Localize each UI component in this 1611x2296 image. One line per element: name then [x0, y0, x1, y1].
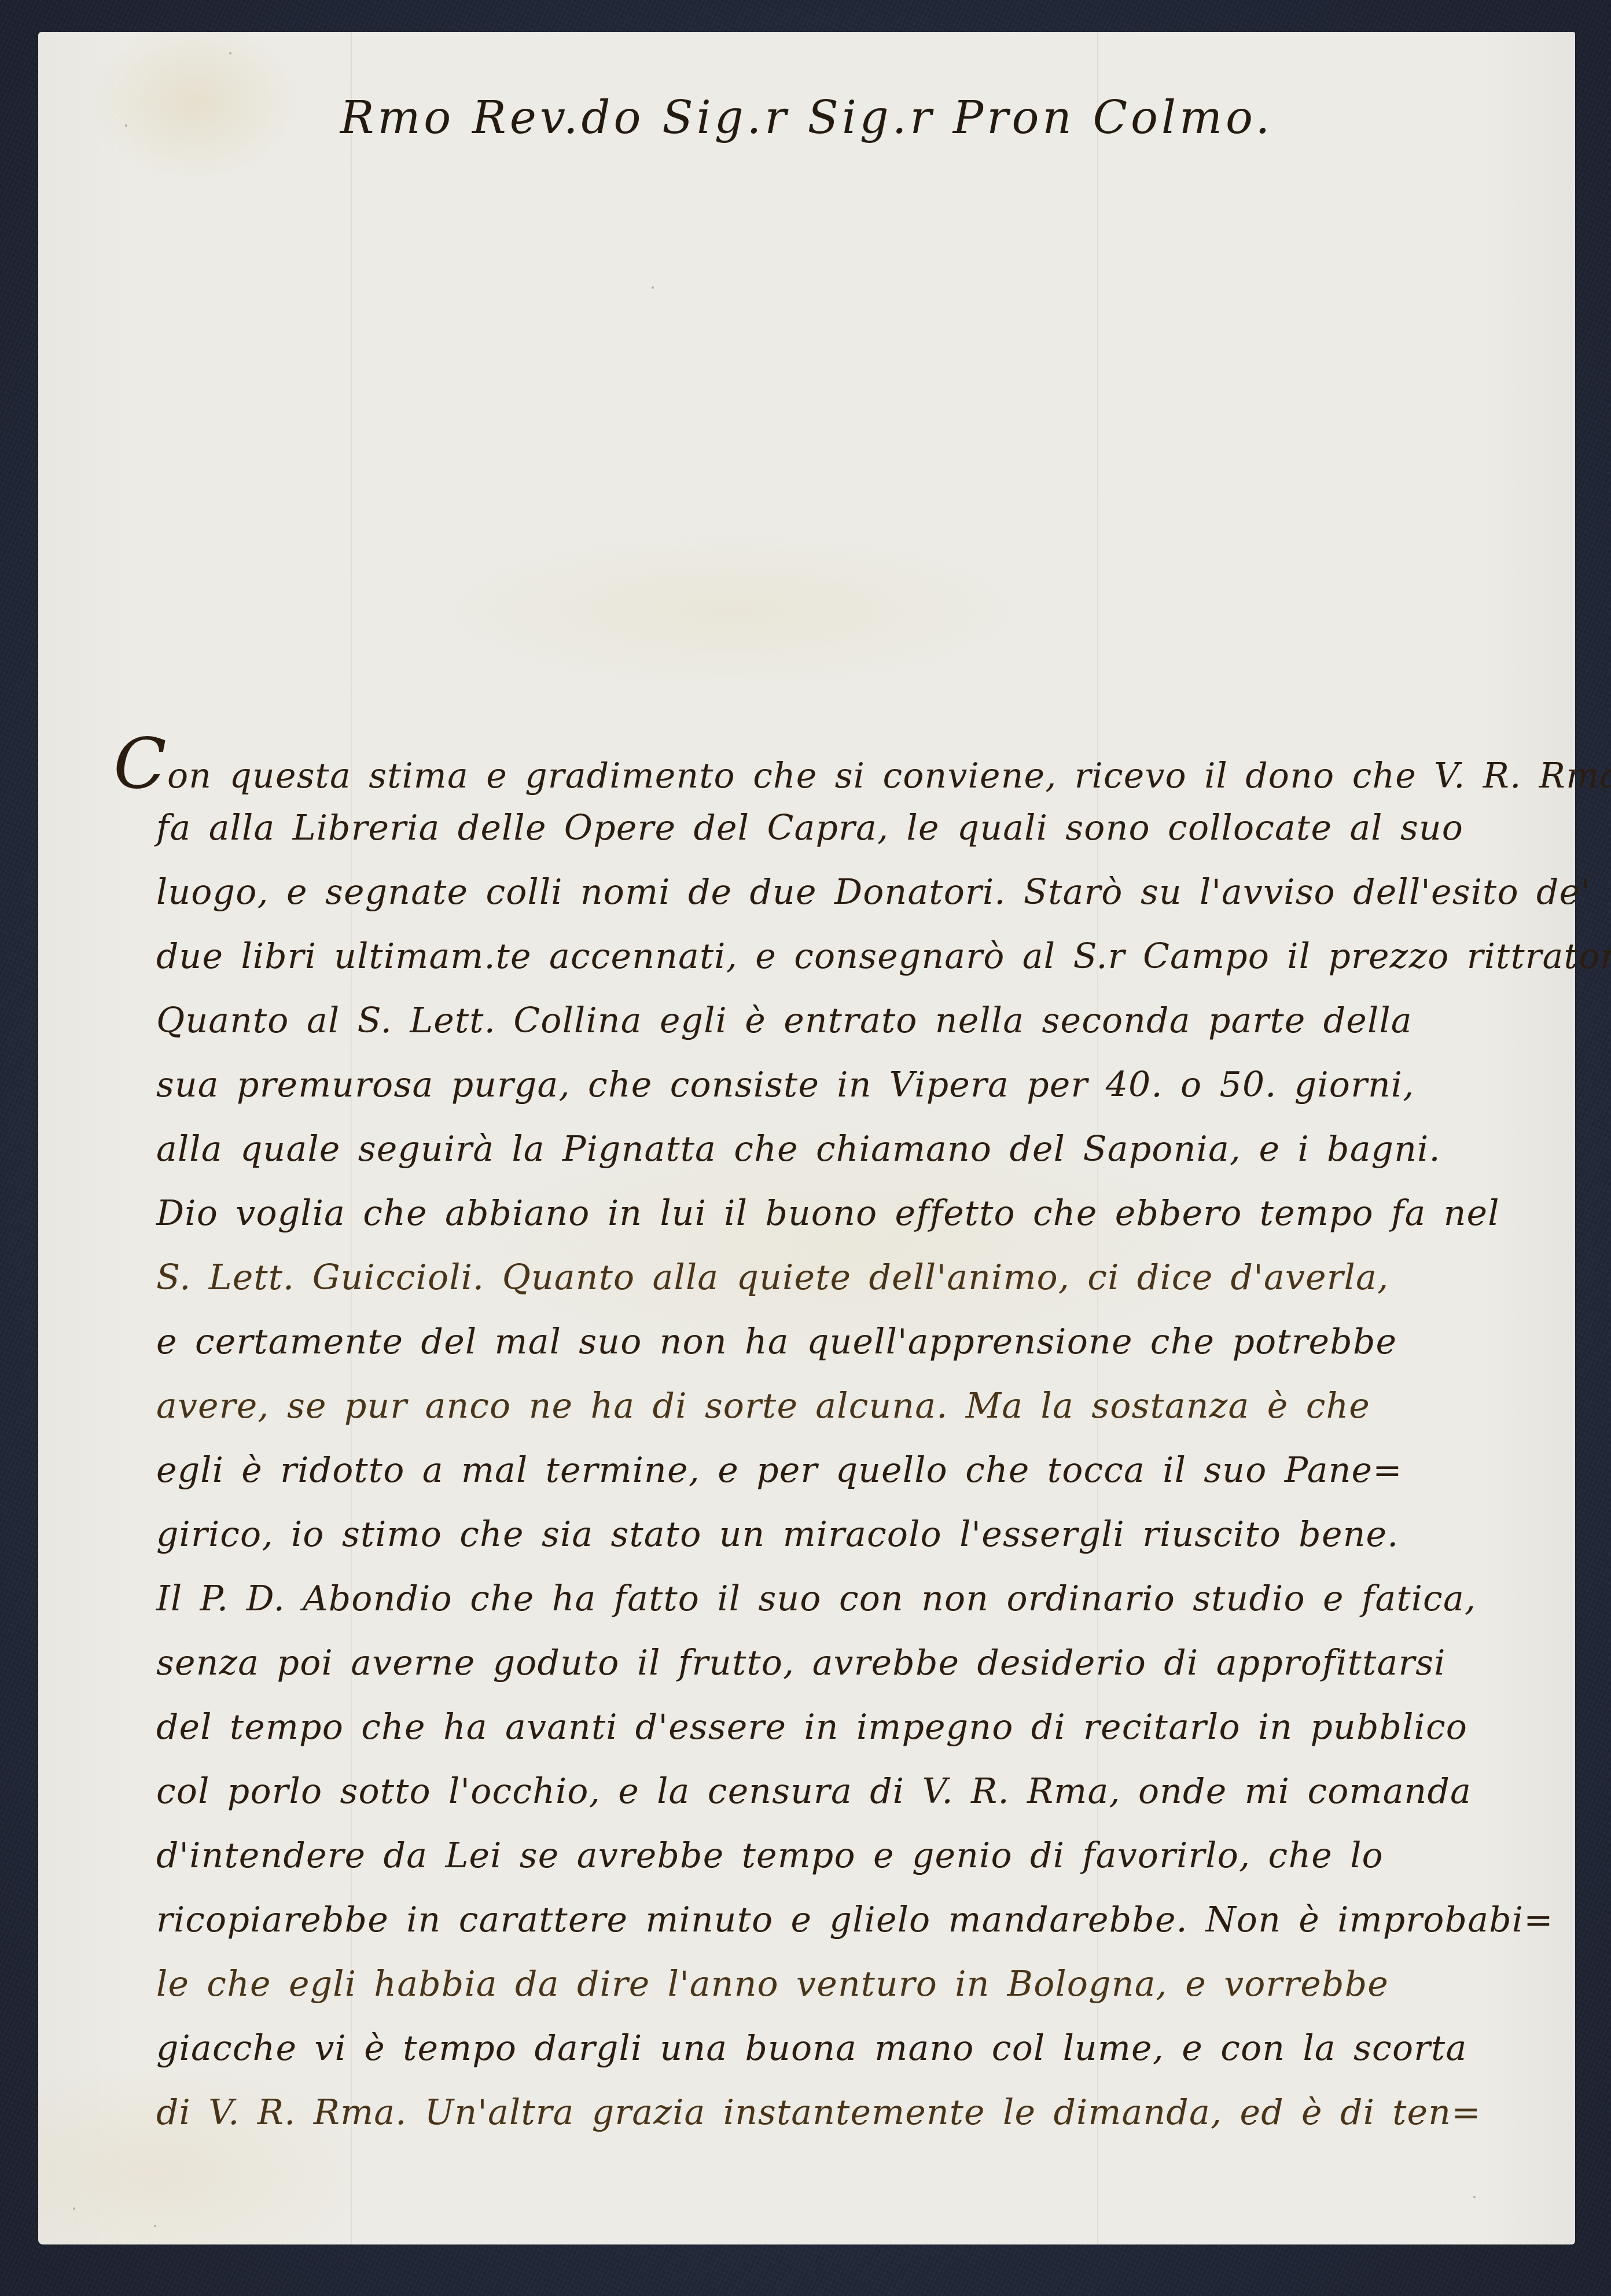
letter-line: col porlo sotto l'occhio, e la censura d…	[113, 1760, 1560, 1824]
letter-line: S. Lett. Guiccioli. Quanto alla quiete d…	[113, 1246, 1560, 1310]
letter-line: luogo, e segnate colli nomi de due Donat…	[113, 860, 1560, 925]
letter-sheet: Rmo Rev.do Sig.r Sig.r Pron Colmo. Con q…	[38, 32, 1575, 2245]
paper-speck	[652, 286, 654, 289]
letter-line: e certamente del mal suo non ha quell'ap…	[113, 1310, 1560, 1374]
letter-line: del tempo che ha avanti d'essere in impe…	[113, 1695, 1560, 1760]
dark-mounting-background: Rmo Rev.do Sig.r Sig.r Pron Colmo. Con q…	[0, 0, 1611, 2296]
letter-line: sua premurosa purga, che consiste in Vip…	[113, 1053, 1560, 1117]
letter-line: Quanto al S. Lett. Collina egli è entrat…	[113, 989, 1560, 1053]
paper-speck	[73, 2207, 75, 2210]
letter-line: di V. R. Rma. Un'altra grazia instanteme…	[113, 2081, 1560, 2145]
paper-speck	[229, 52, 231, 54]
letter-line: giacche vi è tempo dargli una buona mano…	[113, 2017, 1560, 2081]
letter-line: egli è ridotto a mal termine, e per quel…	[113, 1438, 1560, 1503]
letter-line: Dio voglia che abbiano in lui il buono e…	[113, 1182, 1560, 1246]
letter-line: Con questa stima e gradimento che si con…	[113, 732, 1560, 796]
paper-speck	[154, 2225, 156, 2227]
letter-line: girico, io stimo che sia stato un miraco…	[113, 1503, 1560, 1567]
salutation-heading: Rmo Rev.do Sig.r Sig.r Pron Colmo.	[38, 95, 1575, 141]
letter-line: d'intendere da Lei se avrebbe tempo e ge…	[113, 1824, 1560, 1888]
letter-line: fa alla Libreria delle Opere del Capra, …	[113, 796, 1560, 860]
letter-line: le che egli habbia da dire l'anno ventur…	[113, 1952, 1560, 2017]
letter-line: ricopiarebbe in carattere minuto e gliel…	[113, 1888, 1560, 1952]
letter-line: Il P. D. Abondio che ha fatto il suo con…	[113, 1567, 1560, 1631]
letter-line: avere, se pur anco ne ha di sorte alcuna…	[113, 1374, 1560, 1438]
letter-line: alla quale seguirà la Pignatta che chiam…	[113, 1117, 1560, 1182]
paper-speck	[1473, 2196, 1476, 2198]
letter-line: senza poi averne goduto il frutto, avreb…	[113, 1631, 1560, 1695]
letter-body: Con questa stima e gradimento che si con…	[113, 732, 1560, 2145]
letter-line: due libri ultimam.te accennati, e conseg…	[113, 925, 1560, 989]
